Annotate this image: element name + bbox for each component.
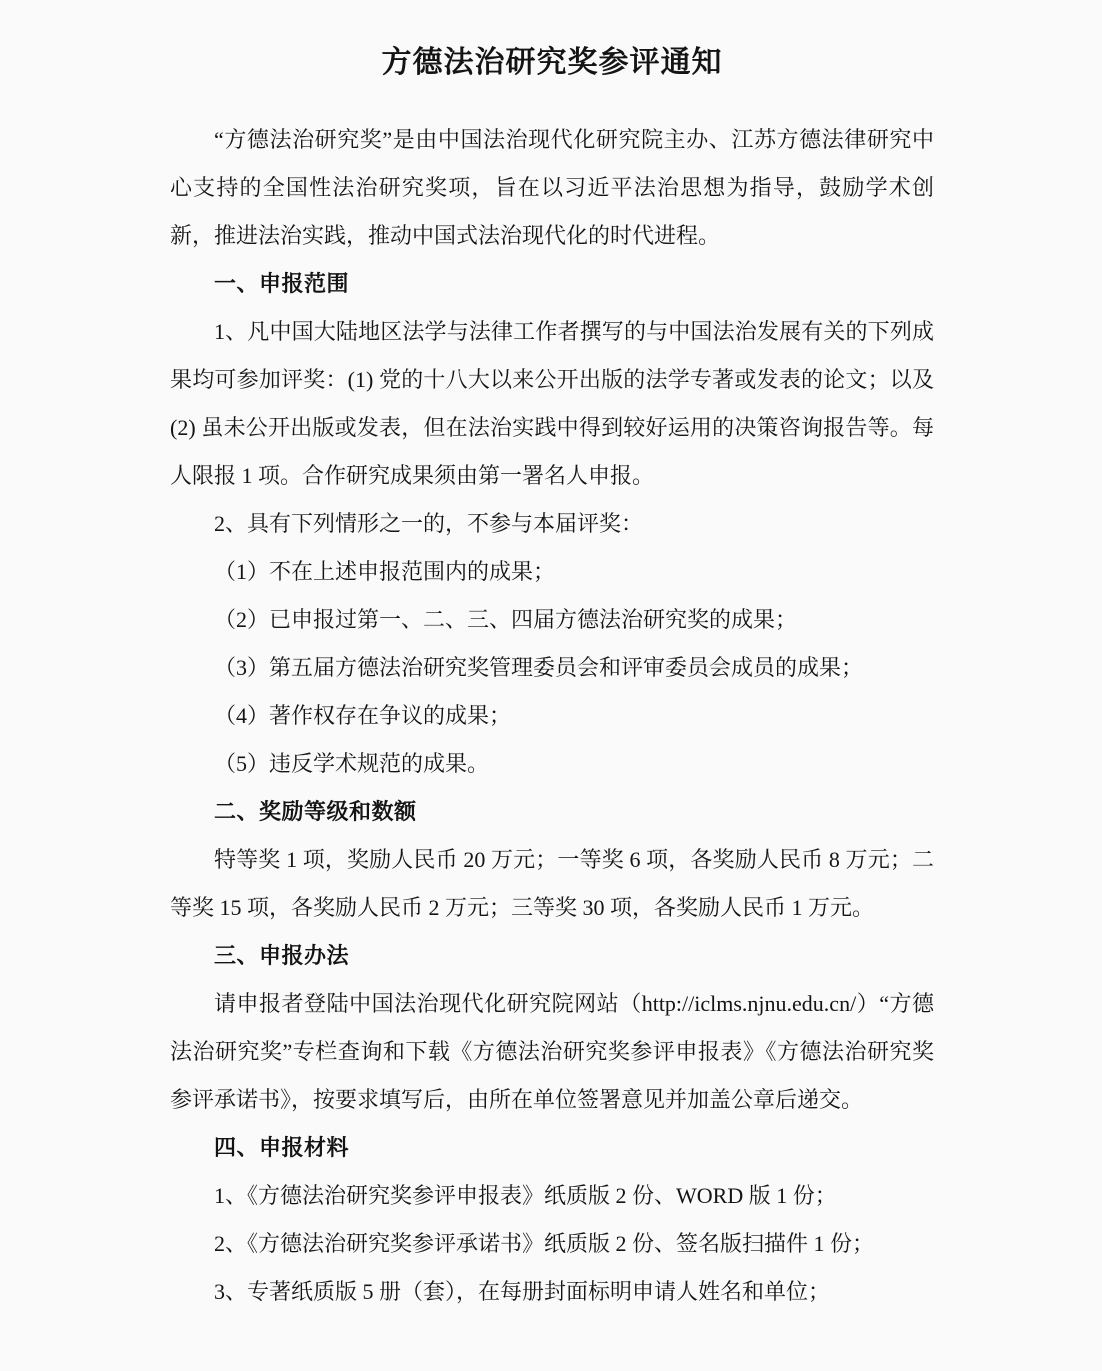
list-item-material-3: 3、专著纸质版 5 册（套），在每册封面标明申请人姓名和单位； <box>170 1268 934 1316</box>
section-heading-application-scope: 一、申报范围 <box>170 260 934 308</box>
paragraph-application-method: 请申报者登陆中国法治现代化研究院网站（http://iclms.njnu.edu… <box>170 980 934 1124</box>
document-title: 方德法治研究奖参评通知 <box>170 34 934 92</box>
list-item-excluded-2: （2）已申报过第一、二、三、四届方德法治研究奖的成果； <box>170 596 934 644</box>
list-item-excluded-5: （5）违反学术规范的成果。 <box>170 740 934 788</box>
list-item-material-2: 2、《方德法治研究奖参评承诺书》纸质版 2 份、签名版扫描件 1 份； <box>170 1220 934 1268</box>
section-heading-application-method: 三、申报办法 <box>170 932 934 980</box>
list-item-excluded-4: （4）著作权存在争议的成果； <box>170 692 934 740</box>
list-item-excluded-1: （1）不在上述申报范围内的成果； <box>170 548 934 596</box>
paragraph-scope-item-1: 1、凡中国大陆地区法学与法律工作者撰写的与中国法治发展有关的下列成果均可参加评奖… <box>170 308 934 500</box>
list-item-material-1: 1、《方德法治研究奖参评申报表》纸质版 2 份、WORD 版 1 份； <box>170 1172 934 1220</box>
list-item-excluded-3: （3）第五届方德法治研究奖管理委员会和评审委员会成员的成果； <box>170 644 934 692</box>
paragraph-award-amounts: 特等奖 1 项，奖励人民币 20 万元；一等奖 6 项，各奖励人民币 8 万元；… <box>170 836 934 932</box>
paragraph-intro: “方德法治研究奖”是由中国法治现代化研究院主办、江苏方德法律研究中心支持的全国性… <box>170 116 934 260</box>
document-page: { "page": { "background_color": "#fafafa… <box>0 0 1102 1371</box>
notice-document: 方德法治研究奖参评通知 “方德法治研究奖”是由中国法治现代化研究院主办、江苏方德… <box>0 0 1102 1371</box>
section-heading-application-materials: 四、申报材料 <box>170 1124 934 1172</box>
paragraph-scope-item-2: 2、具有下列情形之一的，不参与本届评奖： <box>170 500 934 548</box>
section-heading-award-levels: 二、奖励等级和数额 <box>170 788 934 836</box>
